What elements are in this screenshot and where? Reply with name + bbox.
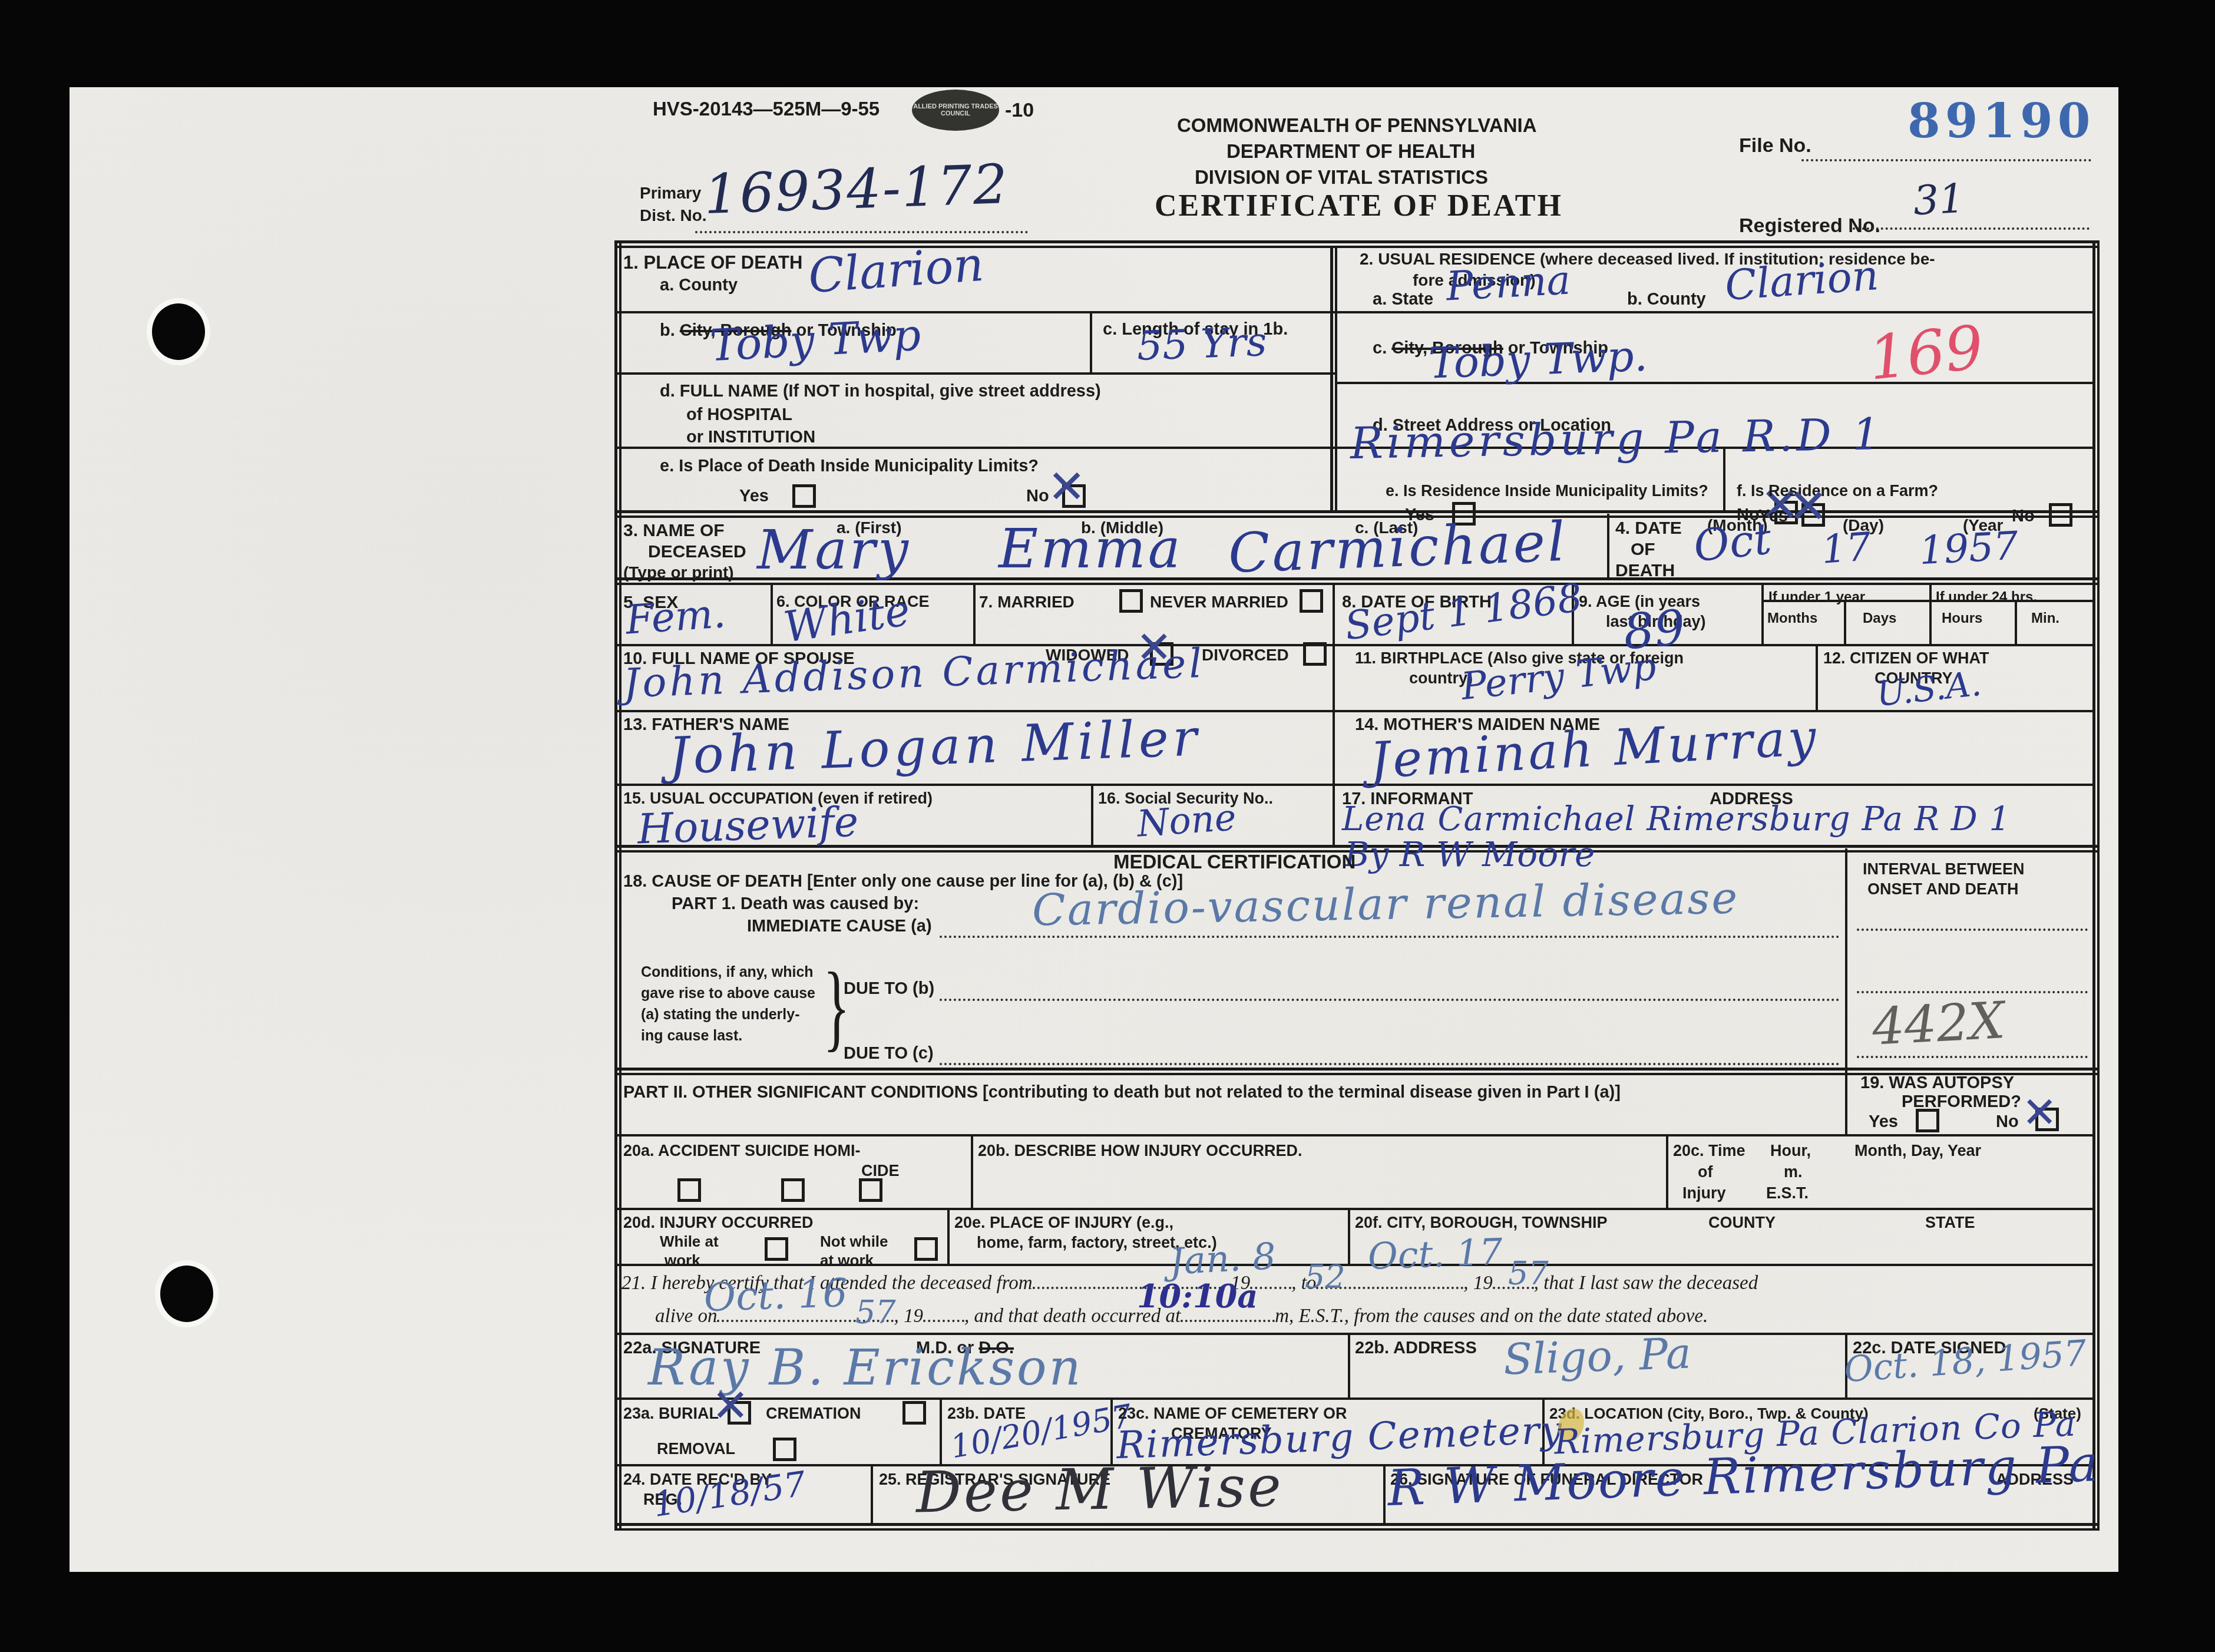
s2e-label: e. Is Residence Inside Municipality Limi… <box>1386 482 1708 500</box>
s5-sex-value: Fem. <box>624 590 727 644</box>
s20d-atwork-label: at work <box>820 1251 874 1270</box>
s18-interval-line-b <box>1857 971 2088 993</box>
s9-hours-label: Hours <box>1942 610 1982 627</box>
s4-title2: OF <box>1631 540 1655 560</box>
s3-title3: (Type or print) <box>623 563 734 582</box>
s21-alive-date: Oct. 16 <box>703 1270 848 1320</box>
s21-from-date: Jan. 8 <box>1168 1234 1277 1283</box>
s2c-township-value: Toby Twp. <box>1428 331 1648 388</box>
s1e-yes-label: Yes <box>739 487 769 506</box>
s9-under1yr-label: If under 1 year <box>1768 589 1865 606</box>
s3-middle-name: Emma <box>999 517 1182 580</box>
s20c-mdy-label: Month, Day, Year <box>1854 1142 1981 1160</box>
s18-interval-value: 442X <box>1871 991 2006 1057</box>
s18-immediate-label: IMMEDIATE CAUSE (a) <box>747 917 932 936</box>
checkbox-s23a-removal <box>773 1438 796 1461</box>
form-code: HVS-20143—525M—9-55 <box>653 98 880 120</box>
s18-duec-label: DUE TO (c) <box>844 1044 934 1063</box>
s18-interval-label1: INTERVAL BETWEEN <box>1863 860 2025 878</box>
s4-day-value: 17 <box>1820 524 1872 573</box>
s1c-stay-value: 55 Yrs <box>1136 319 1268 370</box>
union-label-text: ALLIED PRINTING TRADES COUNCIL <box>912 103 999 117</box>
checkbox-s19-no-mark: ✕ <box>2022 1091 2057 1134</box>
s1d-label1: d. FULL NAME (If NOT in hospital, give s… <box>660 382 1101 401</box>
s19-yes-label: Yes <box>1869 1112 1898 1132</box>
s23a-removal-label: REMOVAL <box>657 1440 735 1458</box>
s20c-label2: of <box>1698 1163 1713 1181</box>
s9-min-label: Min. <box>2031 610 2059 627</box>
s21-time-value: 10:10a <box>1137 1277 1258 1315</box>
s18-cond-line2: gave rise to above cause <box>641 985 815 1002</box>
s23a-burial-label: 23a. BURIAL <box>623 1405 719 1423</box>
certificate-title: CERTIFICATE OF DEATH <box>1155 189 1563 223</box>
checkbox-s20a-accident <box>677 1178 701 1202</box>
s17-informant-value: Lena Carmichael Rimersburg Pa R D 1 <box>1342 800 2011 838</box>
agency-department: DEPARTMENT OF HEALTH <box>1226 140 1475 163</box>
s18-cond-line4: ing cause last. <box>641 1027 742 1045</box>
checkbox-s1e-no-mark: ✕ <box>1047 464 1086 510</box>
s20c-label1: 20c. Time <box>1673 1142 1745 1160</box>
checkbox-s20a-suicide <box>781 1178 805 1202</box>
s1a-label: a. County <box>660 276 738 295</box>
s18-dueb-label: DUE TO (b) <box>844 979 934 999</box>
s2b-label: b. County <box>1627 290 1706 309</box>
s21-alive-year: 57 <box>855 1294 896 1331</box>
checkbox-s19-yes <box>1916 1109 1939 1132</box>
union-label-suffix: -10 <box>1005 99 1034 122</box>
s25-registrar-signature: Dee M Wise <box>915 1453 1284 1526</box>
registered-no-line <box>1853 206 2090 230</box>
file-no-label: File No. <box>1739 134 1811 157</box>
s18-duec-line <box>940 1043 1840 1065</box>
punch-hole-top <box>152 303 205 360</box>
s4-title3: DEATH <box>1615 561 1675 581</box>
s20d-work-label: work <box>664 1251 700 1270</box>
s16-ssn-value: None <box>1136 795 1238 845</box>
s18-interval-line-a <box>1857 908 2088 931</box>
s7-divorced-label: DIVORCED <box>1202 646 1289 665</box>
s20a-label1: 20a. ACCIDENT SUICIDE HOMI- <box>623 1142 861 1160</box>
s2-red-stamp: 169 <box>1865 312 1986 394</box>
checkbox-s1e-yes <box>792 484 816 508</box>
s2a-state-value: Penna <box>1445 257 1572 310</box>
checkbox-s23a-burial-mark: ✕ <box>712 1383 749 1428</box>
s7-married-label: 7. MARRIED <box>979 593 1075 612</box>
s18-part1-label: PART 1. Death was caused by: <box>672 894 919 914</box>
s20c-m-label: m. <box>1784 1163 1803 1181</box>
s1d-label2: of HOSPITAL <box>686 405 792 425</box>
s20c-label3: Injury <box>1682 1184 1726 1202</box>
checkbox-s2f-yes-mark: ✕ <box>1788 483 1828 530</box>
s20d-notwhile-label: Not while <box>820 1233 888 1251</box>
s18-cond-line1: Conditions, if any, which <box>641 964 814 981</box>
s20e-label1: 20e. PLACE OF INJURY (e.g., <box>954 1214 1173 1232</box>
s21-aliveyr-line <box>923 1306 964 1322</box>
s4-month-value: Oct <box>1691 513 1774 571</box>
s17-informant-value2: By R W Moore <box>1344 834 1595 874</box>
checkbox-s7-divorced <box>1303 642 1327 666</box>
primary-label: Primary <box>640 184 701 203</box>
s2d-address-value: Rimersburg Pa R.D 1 <box>1350 409 1884 469</box>
s2f-label: f. Is Residence on a Farm? <box>1737 482 1938 500</box>
punch-hole-bottom <box>160 1266 213 1322</box>
checkbox-s20d-notwhile <box>914 1237 938 1261</box>
s1d-label3: or INSTITUTION <box>686 428 815 447</box>
dist-no-value: 16934-172 <box>703 153 1010 226</box>
s20d-whileat-label: While at <box>660 1233 719 1251</box>
s9-months-label: Months <box>1767 610 1817 627</box>
part2-label: PART II. OTHER SIGNIFICANT CONDITIONS [c… <box>623 1083 1621 1102</box>
file-no-stamp: 89190 <box>1907 93 2095 148</box>
checkbox-s20d-while <box>765 1237 788 1261</box>
s22b-address-value: Sligo, Pa <box>1503 1328 1692 1384</box>
s3-title2: DECEASED <box>648 542 746 562</box>
s21-from-year: 52 <box>1305 1258 1345 1296</box>
s20f-label1: 20f. CITY, BOROUGH, TOWNSHIP <box>1355 1214 1608 1232</box>
s20f-state-label: STATE <box>1925 1214 1975 1232</box>
checkbox-s2f-no <box>2049 503 2072 527</box>
agency-commonwealth: COMMONWEALTH OF PENNSYLVANIA <box>1177 114 1536 137</box>
s3-first-name: Mary <box>757 518 911 581</box>
checkbox-s7-married <box>1119 589 1143 613</box>
s21-to-date: Oct. 17 <box>1367 1230 1503 1278</box>
s21-to-year: 57 <box>1508 1255 1549 1292</box>
s1e-label: e. Is Place of Death Inside Municipality… <box>660 457 1039 476</box>
s7-never-label: NEVER MARRIED <box>1150 593 1288 612</box>
s15-occupation-value: Housewife <box>637 797 859 853</box>
checkbox-s7-never <box>1300 589 1323 613</box>
s20f-county-label: COUNTY <box>1708 1214 1776 1232</box>
s4-title1: 4. DATE <box>1615 518 1682 538</box>
s3-title1: 3. NAME OF <box>623 521 725 541</box>
s2a-label: a. State <box>1373 290 1433 309</box>
union-printing-label: ALLIED PRINTING TRADES COUNCIL <box>912 90 999 131</box>
s20a-label2: CIDE <box>861 1162 900 1180</box>
s18-interval-label2: ONSET AND DEATH <box>1867 880 2019 898</box>
s9-under24hr-label: If under 24 hrs. <box>1936 589 2037 606</box>
s22b-label: 22b. ADDRESS <box>1355 1339 1477 1358</box>
s19-no-label: No <box>1996 1112 2019 1132</box>
medical-certification-heading: MEDICAL CERTIFICATION <box>1113 851 1356 873</box>
s1-title: 1. PLACE OF DEATH <box>623 252 802 273</box>
s19-label1: 19. WAS AUTOPSY <box>1860 1073 2014 1093</box>
s18-dueb-line <box>940 979 1840 1001</box>
s9-days-label: Days <box>1863 610 1896 627</box>
agency-division: DIVISION OF VITAL STATISTICS <box>1195 166 1488 189</box>
s20c-hour-label: Hour, <box>1770 1142 1811 1160</box>
checkbox-s20a-homicide <box>859 1178 882 1202</box>
checkbox-s23a-cremation <box>902 1401 926 1425</box>
registered-no-value: 31 <box>1912 176 1966 224</box>
s1e-no-label: No <box>1026 487 1049 506</box>
s18-cond-line3: (a) stating the underly- <box>641 1006 799 1023</box>
s23a-cremation-label: CREMATION <box>766 1405 861 1423</box>
s4-year-value: 1957 <box>1918 523 2019 574</box>
s3-last-name: Carmichael <box>1227 510 1568 585</box>
s20c-est-label: E.S.T. <box>1766 1184 1809 1202</box>
s20b-label: 20b. DESCRIBE HOW INJURY OCCURRED. <box>978 1142 1302 1160</box>
s20d-label: 20d. INJURY OCCURRED <box>623 1214 814 1232</box>
death-certificate-scan: HVS-20143—525M—9-55 ALLIED PRINTING TRAD… <box>0 0 2215 1652</box>
